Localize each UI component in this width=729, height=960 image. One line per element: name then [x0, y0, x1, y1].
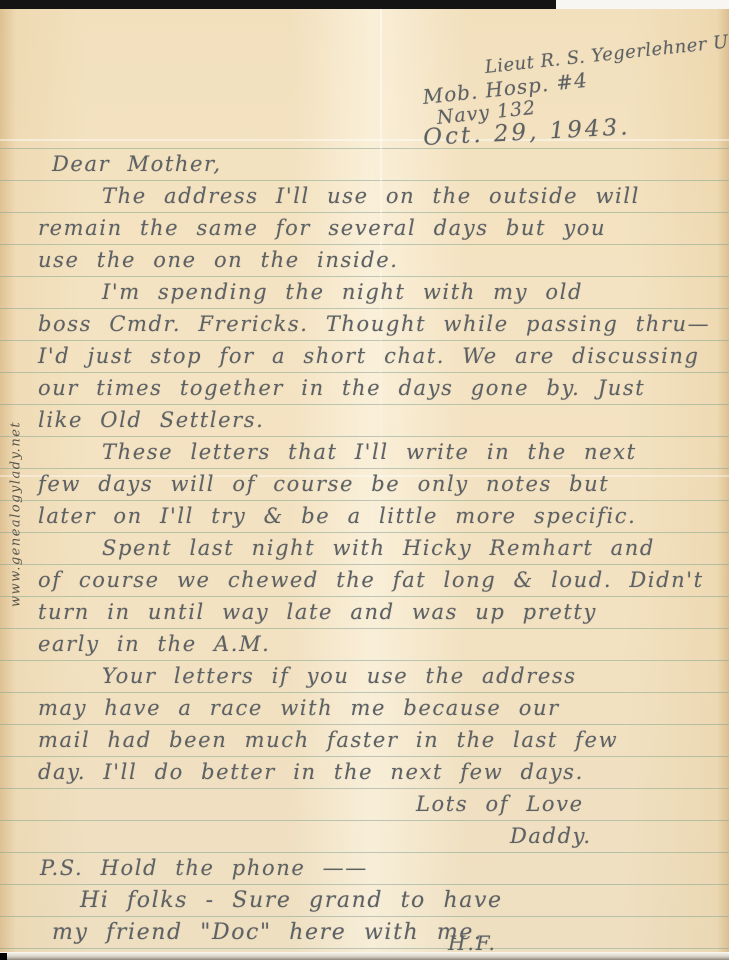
signature: Daddy. [38, 820, 726, 852]
letter-line: remain the same for several days but you [38, 212, 726, 244]
letter-line: early in the A.M. [38, 628, 726, 660]
scan-edge-bottom-corner [0, 953, 7, 960]
letter-line: mail had been much faster in the last fe… [38, 724, 726, 756]
salutation: Dear Mother, [38, 148, 726, 180]
letter-line: Your letters if you use the address [38, 660, 726, 692]
letter-line: like Old Settlers. [38, 404, 726, 436]
letter-body: Dear Mother, The address I'll use on the… [38, 148, 726, 948]
letter-line: boss Cmdr. Frericks. Thought while passi… [38, 308, 726, 340]
closing: Lots of Love [38, 788, 726, 820]
letter-line: I'm spending the night with my old [38, 276, 726, 308]
letter-line: few days will of course be only notes bu… [38, 468, 726, 500]
letter-line: day. I'll do better in the next few days… [38, 756, 726, 788]
scanned-letter-page: Lieut R. S. Yegerlehner USNR Mob. Hosp. … [0, 0, 729, 960]
ps-line: my friend "Doc" here with me. [38, 916, 726, 948]
letter-line: may have a race with me because our [38, 692, 726, 724]
sender-name: Lieut R. S. Yegerlehner USNR [484, 27, 729, 78]
scan-edge-top [0, 0, 556, 9]
letter-line: These letters that I'll write in the nex… [38, 436, 726, 468]
scan-edge-bottom [0, 952, 729, 960]
ps-line: Hi folks - Sure grand to have [38, 884, 726, 916]
watermark: www.genealogylady.net [9, 421, 24, 607]
letter-line: Spent last night with Hicky Remhart and [38, 532, 726, 564]
letter-line: of course we chewed the fat long & loud.… [38, 564, 726, 596]
ps-initials: H.F. [448, 931, 497, 953]
letter-line: I'd just stop for a short chat. We are d… [38, 340, 726, 372]
letter-line: our times together in the days gone by. … [38, 372, 726, 404]
ps-intro: P.S. Hold the phone —— [38, 852, 726, 884]
letter-line: use the one on the inside. [38, 244, 726, 276]
letter-line: The address I'll use on the outside will [38, 180, 726, 212]
letter-line: later on I'll try & be a little more spe… [38, 500, 726, 532]
letter-line: turn in until way late and was up pretty [38, 596, 726, 628]
letter-paper: Lieut R. S. Yegerlehner USNR Mob. Hosp. … [0, 9, 729, 953]
scan-edge-top-right [556, 0, 729, 9]
